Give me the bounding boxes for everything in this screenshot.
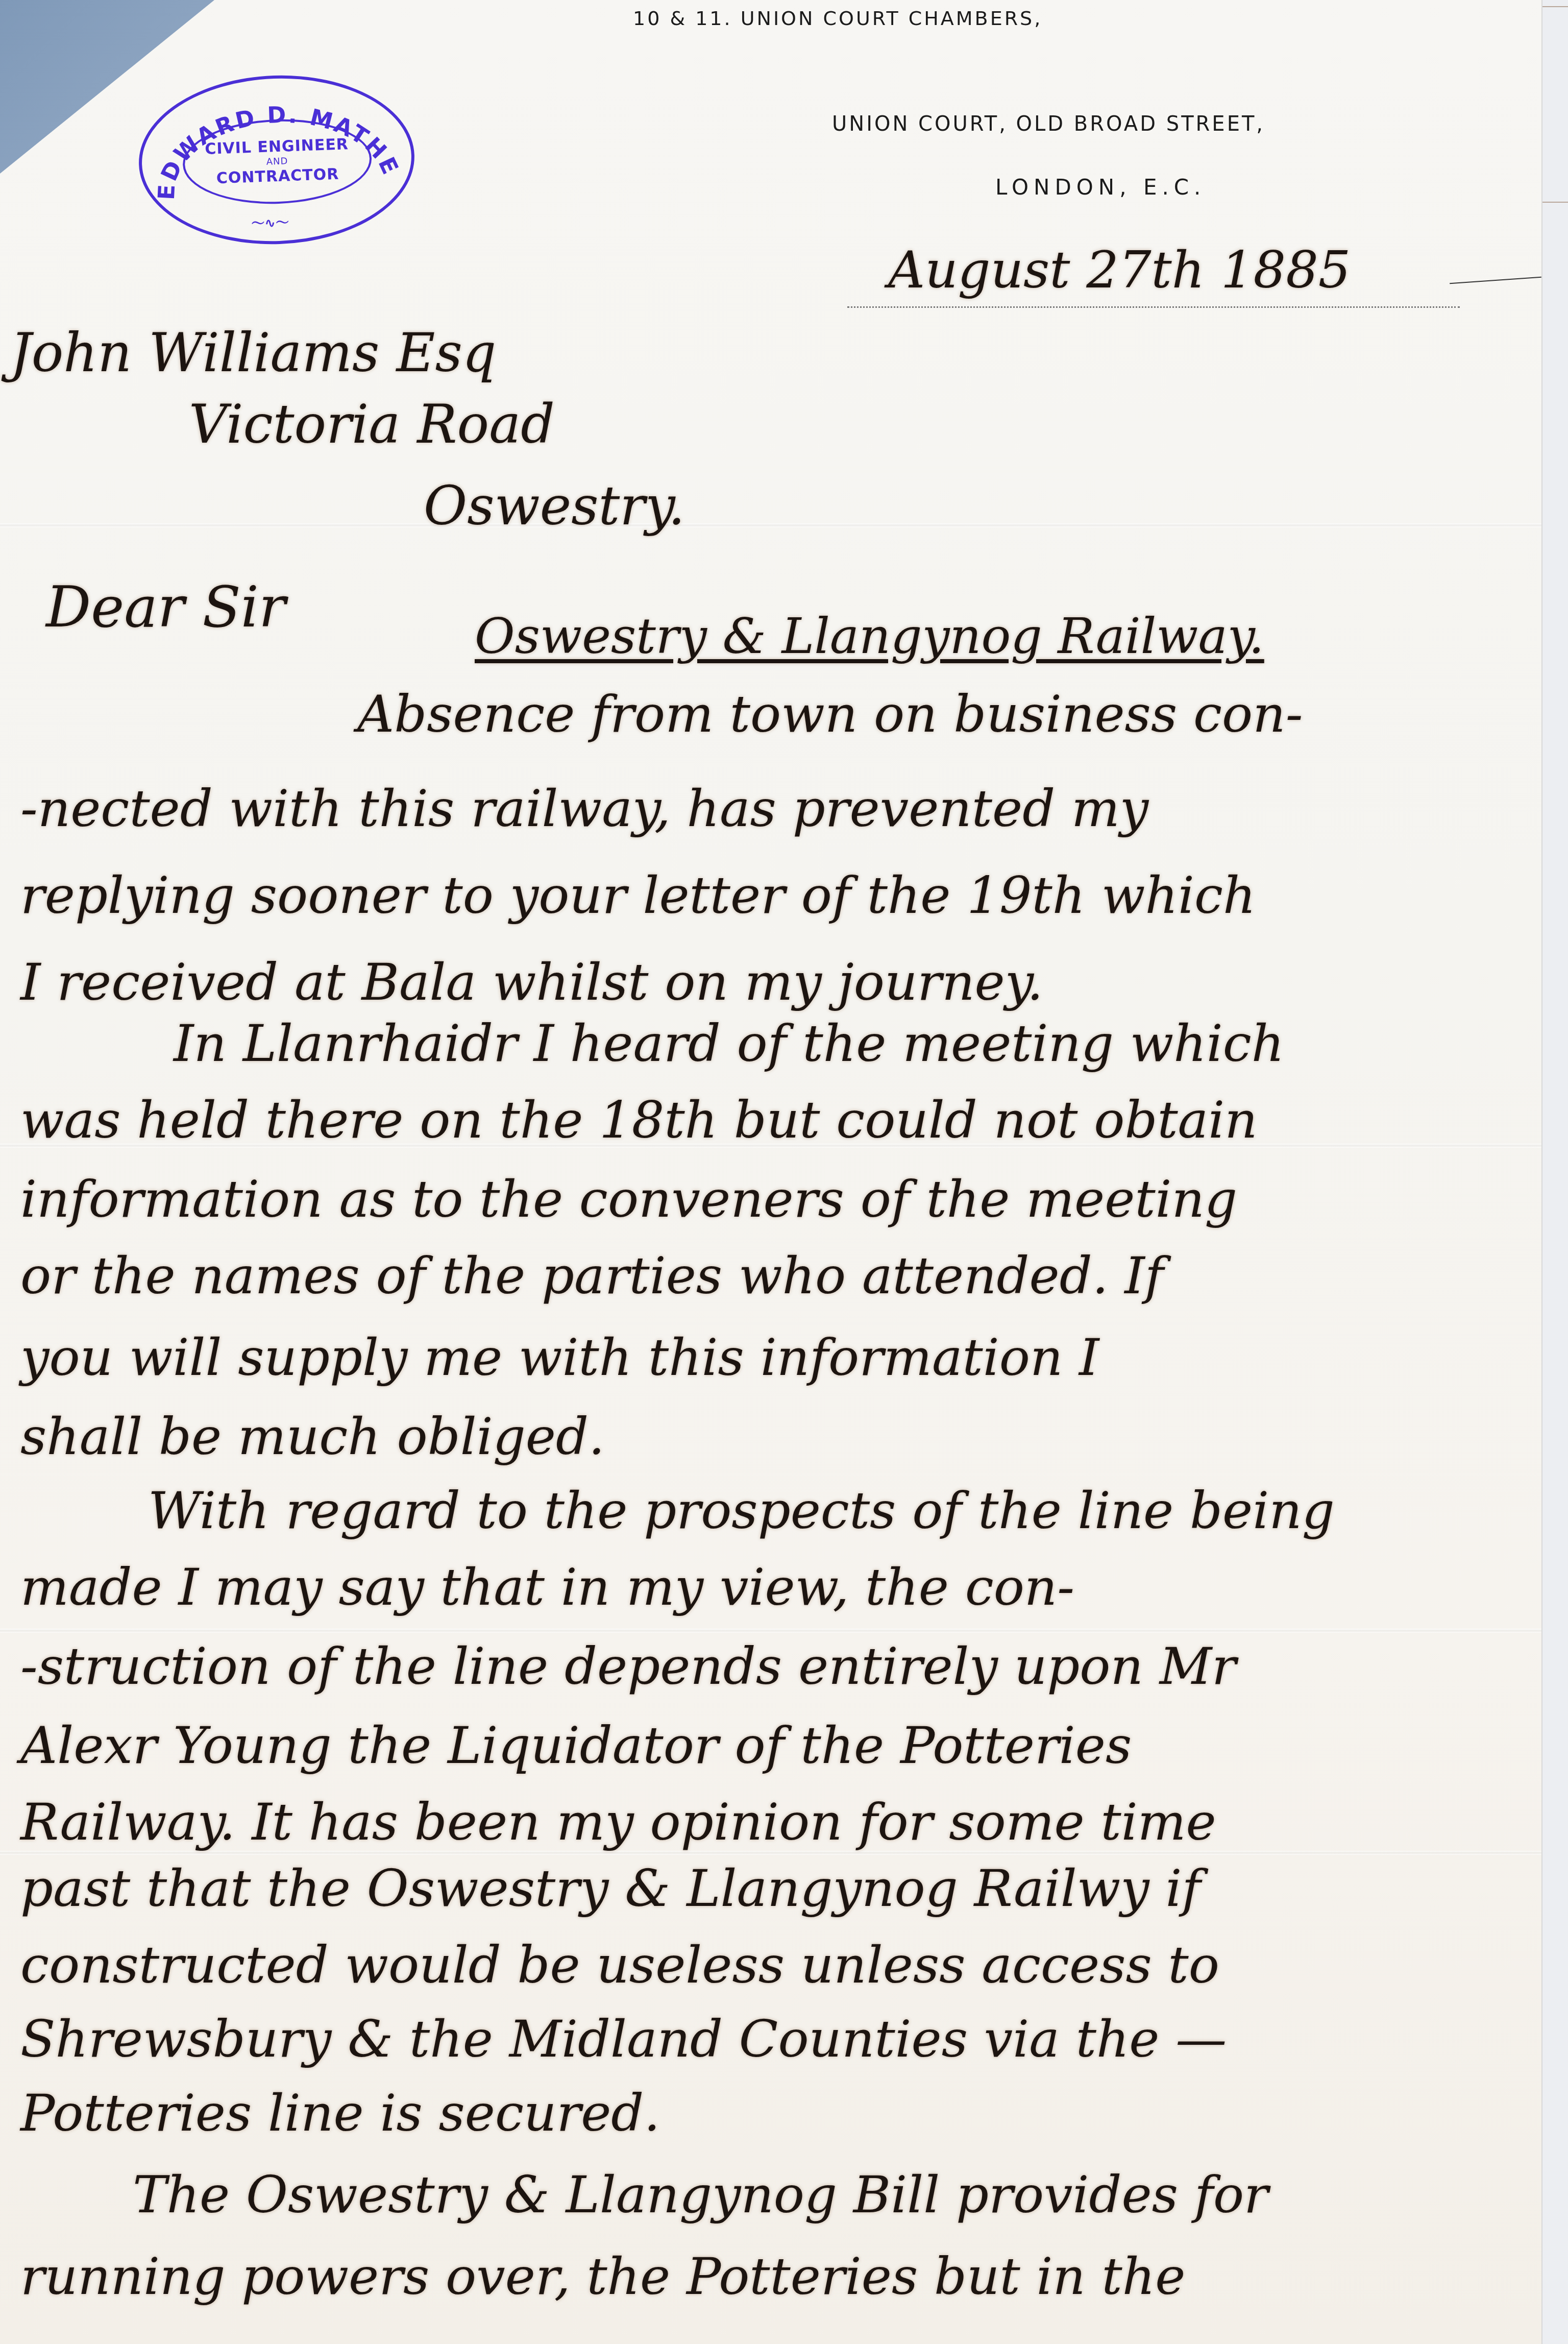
recipient-name: John Williams Esq [10, 322, 496, 384]
body-line: information as to the conveners of the m… [20, 1169, 1237, 1229]
body-line: constructed would be useless unless acce… [20, 1935, 1219, 1995]
recipient-street: Victoria Road [189, 393, 555, 455]
letterhead-line-1: 10 & 11. UNION COURT CHAMBERS, [633, 7, 1042, 30]
paper-fold [0, 523, 1541, 527]
body-line: -nected with this railway, has prevented… [20, 779, 1148, 838]
body-line: Absence from town on business con- [357, 684, 1303, 744]
letterhead-line-2: UNION COURT, OLD BROAD STREET, [832, 112, 1265, 136]
letterhead-line-3: LONDON, E.C. [995, 175, 1206, 200]
body-line: Railway. It has been my opinion for some… [20, 1792, 1216, 1852]
body-line: past that the Oswestry & Llangynog Railw… [20, 1858, 1201, 1918]
date-dotted-rule [847, 306, 1460, 308]
body-line: or the names of the parties who attended… [20, 1246, 1164, 1306]
body-line: replying sooner to your letter of the 19… [20, 865, 1256, 925]
paper-fold [0, 1629, 1541, 1633]
body-line: Alexr Young the Liquidator of the Potter… [20, 1715, 1132, 1775]
body-line: Shrewsbury & the Midland Counties via th… [20, 2009, 1227, 2069]
body-line: you will supply me with this information… [20, 1327, 1099, 1387]
letter-date: August 27th 1885 [888, 240, 1351, 300]
body-line: shall be much obliged. [20, 1407, 605, 1466]
stamp-line-2: AND [266, 156, 288, 167]
stamp-flourish-icon: ～∿～ [251, 212, 289, 232]
sheet-edge-line [1542, 6, 1568, 7]
subject-line: Oswestry & Llangynog Railway. [475, 608, 1264, 665]
recipient-town: Oswestry. [424, 475, 685, 537]
body-line: In Llanrhaidr I heard of the meeting whi… [174, 1013, 1284, 1073]
body-line: With regard to the prospects of the line… [148, 1481, 1335, 1540]
body-line: was held there on the 18th but could not… [20, 1090, 1258, 1150]
body-line: made I may say that in my view, the con- [20, 1557, 1074, 1617]
body-line: running powers over, the Potteries but i… [20, 2246, 1185, 2306]
body-line: Potteries line is secured. [20, 2083, 660, 2143]
underlying-sheet-edge [1541, 0, 1568, 2344]
salutation: Dear Sir [46, 574, 286, 640]
body-line: -struction of the line depends entirely … [20, 1636, 1236, 1696]
stamp-line-1: CIVIL ENGINEER [205, 135, 349, 159]
body-line: The Oswestry & Llangynog Bill provides f… [133, 2165, 1268, 2225]
sheet-edge-line [1542, 202, 1568, 203]
company-stamp: EDWARD D. MATHEWS CIVIL ENGINEER AND CON… [136, 71, 417, 249]
stamp-line-3: CONTRACTOR [216, 165, 339, 187]
body-line: I received at Bala whilst on my journey. [20, 952, 1043, 1012]
